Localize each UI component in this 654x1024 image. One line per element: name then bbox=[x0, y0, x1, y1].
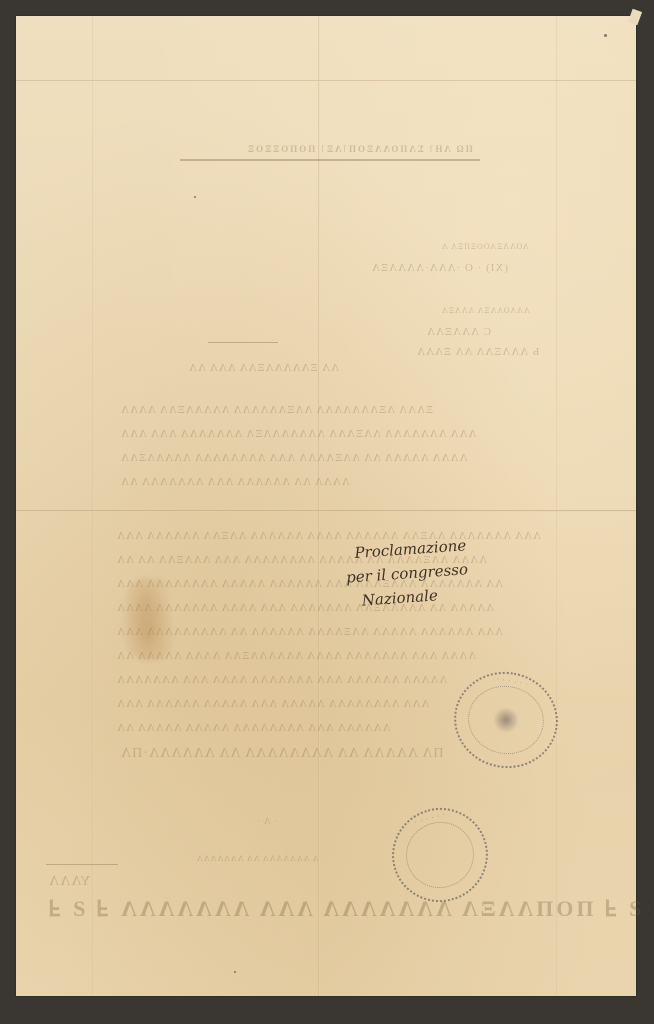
stamp-emblem-icon bbox=[492, 704, 520, 736]
horizontal-fold-line bbox=[16, 510, 636, 512]
show-through-line: Λ ΛΛΛΛΛΛΛ ΛΛ ΛΛΛΛΛΛΛ bbox=[196, 854, 319, 863]
ink-speck bbox=[194, 196, 196, 198]
vertical-fold-line bbox=[318, 16, 320, 996]
show-through-line: ΛΛΛ ΛΛΛΛΛΛΛ ΛΛΞΛΛΛ ΛΛΛΛΛΛΛΞΛ ΛΛΛΛΛΛΛ ΛΛΛ… bbox=[120, 428, 476, 440]
show-through-rule bbox=[46, 864, 118, 865]
show-through-number: (XI) bbox=[485, 262, 508, 274]
show-through-line: Ь ΛΛΛΞΛΛ ΛΛ ΞΛΛΛ bbox=[416, 346, 539, 358]
top-crease bbox=[16, 80, 636, 81]
ink-speck bbox=[234, 971, 236, 973]
show-through-rule bbox=[208, 342, 278, 343]
water-stain bbox=[122, 578, 180, 660]
show-through-line: ΛΛΛΛΛ ΛΛΛΛΛΛ ΛΛΛ ΛΛΛΛΛΛΛ ΛΛΛΛ ΛΛΛ ΛΛΛΛΛΛ… bbox=[116, 674, 447, 686]
ink-speck bbox=[604, 34, 607, 37]
right-crease-line bbox=[556, 16, 558, 996]
show-through-line: ΞΛΛΛ ΛΞΛΛΛΛΛΛΛ ΛΛΞΛΛΛΛΛΛ ΛΛΛΛΛΞΛΛ ΛΛΛΛ bbox=[120, 404, 433, 416]
show-through-line: · Λ · bbox=[256, 816, 277, 826]
show-through-rule bbox=[180, 159, 480, 161]
show-through-line: ΠΛ ΛΛΛΛΛ ΛΛ ΛΛΛΛΛΛΛΛ ΛΛ ΛΛΛΛΛΛ·ΠΛ bbox=[120, 746, 444, 762]
handwritten-note: Proclamazione per il congresso Nazionale bbox=[340, 530, 515, 614]
show-through-line: ΛΛΛ ΛΛΛΛΛΛΛΛ ΛΛΛΛΛ ΛΛΛ ΛΛΛΛΛ ΛΛΛΛΛΛ ΛΛΛ bbox=[116, 698, 429, 710]
circular-stamp: · · · · · · bbox=[446, 664, 565, 777]
show-through-line: C ΛΛΛΞΛΛ bbox=[426, 326, 491, 338]
show-through-line: ΛΛΛΛ ΛΛ ΛΛΛΛΛΛ ΛΛΛ ΛΛΛΛΛΛΛ ΛΛ bbox=[120, 476, 350, 488]
show-through-line: ΛΛΛΛΛΛ ΛΛΛ ΛΛΛΛΛΛΛΛ ΛΛΛΛΛ ΛΛΛΛΛ ΛΛ bbox=[116, 722, 391, 734]
show-through-line: ΛΛΛΟΛΛΞΛ ΛΛΛΞΛ bbox=[441, 306, 530, 315]
show-through-line: ΛΟΛΛΞΛΟΟΞΠΞΛ Λ bbox=[441, 242, 529, 251]
show-through-line: (XI) · O ·ΛΛΛ·ΛΛΛΛΞΛ bbox=[371, 262, 508, 274]
show-through-line: ΛΛ ΞΛΛΛΛΛΞΛΛ ΛΛΛ ΛΛ bbox=[188, 362, 339, 374]
show-through-heading: ΠΩ ΛΗ˥ ΣΛΠΟΛΛΞΟΠ˥ΛΞ˥ ΠΟΠΟΞΞΟΞ bbox=[246, 144, 473, 154]
show-through-line: ΛΛΛΛ ΛΛΛΛΛ ΛΛ ΛΛΞΛΛΛΛ ΛΛΛ ΛΛΛΛΛΛΛΛ ΛΛΛΛΛ… bbox=[120, 452, 467, 464]
show-through-bottom-title: Ⅎ Ƨ Ⅎ ΠΟΠΛΛΞΛ ΛΛΛΛΛΛΛ ΛΛΛ ΛΛΛΛΛΛΛ Ⅎ Ƨ Ⅎ bbox=[46, 896, 654, 922]
show-through-line: ΥΛΛΛ bbox=[48, 874, 90, 890]
left-crease-line bbox=[92, 16, 94, 996]
document-sheet: ΠΩ ΛΗ˥ ΣΛΠΟΛΛΞΟΠ˥ΛΞ˥ ΠΟΠΟΞΞΟΞ ΛΟΛΛΞΛΟΟΞΠ… bbox=[16, 16, 636, 996]
